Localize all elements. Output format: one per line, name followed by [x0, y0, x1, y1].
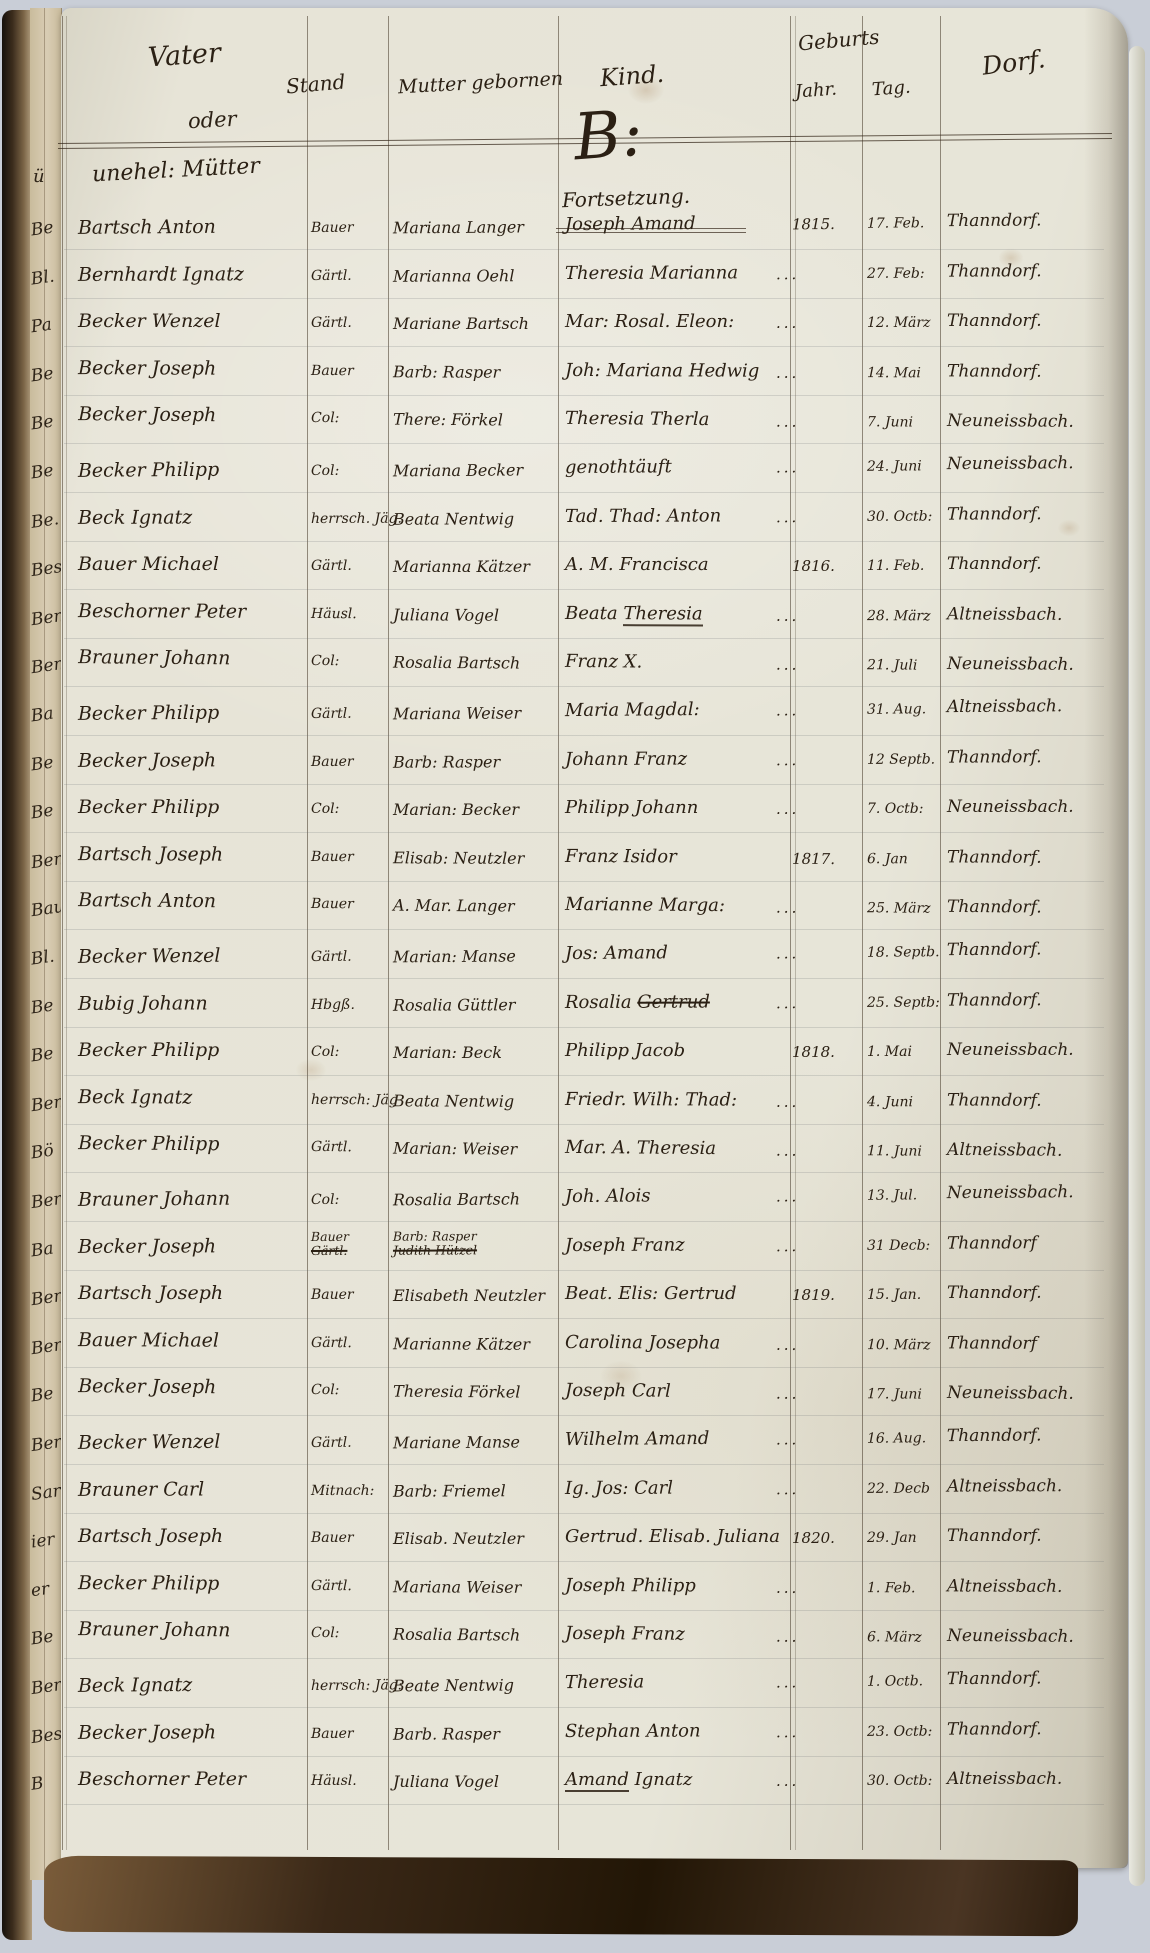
village: Altneissbach.	[947, 604, 1062, 624]
birth-day: 24. Juni	[867, 458, 922, 474]
mother-name: Mariana Weiser	[393, 703, 521, 723]
register-row: Bubig Johann Hbgß. Rosalia Güttler Rosal…	[0, 988, 1150, 1040]
birth-day: 7. Octb:	[867, 801, 923, 817]
mother-name: Rosalia Bartsch	[393, 1189, 520, 1209]
feint-row-rule	[64, 1318, 1104, 1319]
feint-row-rule	[64, 1610, 1104, 1611]
status: herrsch: Jäg:	[311, 1677, 403, 1694]
father-name: Brauner Carl	[78, 1478, 204, 1500]
child-name: Amand Ignatz	[565, 1769, 692, 1790]
status: Col:	[311, 1192, 339, 1208]
village: Thanndorf.	[947, 897, 1042, 918]
status: Col:	[311, 463, 339, 479]
child-name: Theresia Therla	[565, 408, 709, 430]
child-name: Mar: Rosal. Eleon:	[565, 311, 734, 332]
register-row: Becker Joseph Bauer Barb: Rasper Johann …	[0, 745, 1150, 797]
feint-row-rule	[64, 686, 1104, 687]
child-name: Ig. Jos: Carl	[565, 1477, 673, 1498]
father-name: Becker Philipp	[78, 459, 219, 482]
father-name: Brauner Johann	[78, 1188, 230, 1211]
birth-day: 15. Jan.	[867, 1287, 921, 1303]
birth-year: ...	[776, 1772, 799, 1790]
father-name: Becker Joseph	[78, 1376, 216, 1399]
birth-year: ...	[776, 1579, 799, 1597]
feint-row-rule	[64, 881, 1104, 882]
birth-day: 6. Jan	[867, 851, 908, 867]
register-row: Becker Philipp Col: Mariana Becker genot…	[0, 452, 1150, 509]
feint-row-rule	[64, 1464, 1104, 1465]
register-row: Becker Joseph Bauer Barb. Rasper Stephan…	[0, 1717, 1150, 1769]
register-row: Becker Philipp Col: Marian: Becker Phili…	[0, 796, 1150, 844]
father-name: Becker Joseph	[78, 749, 216, 772]
status: Col:	[311, 410, 339, 426]
village: Altneissbach.	[947, 1769, 1062, 1789]
register-row: Brauner Johann Col: Rosalia Bartsch Jose…	[0, 1618, 1150, 1675]
birth-day: 11. Feb.	[867, 558, 924, 574]
birth-year: ...	[776, 1480, 799, 1498]
birth-day: 7. Juni	[867, 415, 913, 431]
feint-row-rule	[64, 1172, 1104, 1173]
mother-name: Theresia Förkel	[393, 1382, 520, 1402]
register-row: Beck Ignatz herrsch. Jäg. Beata Nentwig …	[0, 502, 1150, 554]
birth-year: ...	[776, 701, 799, 719]
birth-day: 18. Septb.	[867, 944, 940, 961]
status: herrsch. Jäg.	[311, 510, 402, 526]
child-name: Beata Theresia	[565, 603, 703, 625]
village: Altneissbach.	[947, 696, 1062, 717]
mother-name: Barb. Rasper	[393, 1724, 500, 1743]
feint-row-rule	[64, 1756, 1104, 1757]
register-row: Brauner Johann Col: Rosalia Bartsch Joh.…	[0, 1181, 1150, 1238]
status: Bauer	[311, 1725, 354, 1741]
village: Neuneissbach.	[947, 797, 1074, 817]
mother-name: Marian: Beck	[393, 1043, 502, 1062]
birth-year: ...	[776, 899, 799, 917]
register-row: Bartsch Anton Bauer Mariana Langer Josep…	[0, 209, 1150, 266]
father-name: Becker Joseph	[78, 404, 216, 427]
village: Thanndorf.	[947, 311, 1042, 331]
child-name: Carolina Josepha	[565, 1332, 720, 1354]
father-name: Becker Philipp	[78, 702, 219, 725]
village: Thanndorf.	[947, 504, 1042, 524]
child-name: Franz Isidor	[565, 846, 677, 867]
feint-row-rule	[64, 395, 1104, 396]
father-name: Becker Wenzel	[78, 945, 221, 968]
birth-year: ...	[776, 1628, 799, 1646]
birth-day: 23. Octb:	[867, 1723, 932, 1739]
birth-day: 12 Septb.	[867, 751, 935, 767]
birth-year: ...	[776, 607, 799, 625]
birth-day: 22. Decb	[867, 1480, 930, 1496]
birth-year: 1817.	[792, 850, 835, 868]
birth-day: 30. Octb:	[867, 1773, 932, 1789]
status: Häusl.	[311, 1773, 357, 1789]
register-row: Becker Philipp Gärtl. Mariana Weiser Mar…	[0, 695, 1150, 752]
mother-name: A. Mar. Langer	[393, 896, 515, 916]
mother-name: Marianne Kätzer	[393, 1334, 530, 1354]
mother-name: Marian: Manse	[393, 946, 516, 966]
status: Häusl.	[311, 606, 357, 622]
village: Neuneissbach.	[947, 1182, 1074, 1203]
status: Gärtl.	[311, 949, 352, 965]
father-name: Bartsch Anton	[78, 890, 216, 913]
mother-name: Marian: Becker	[393, 800, 519, 819]
father-name: Becker Joseph	[78, 1235, 216, 1258]
village: Thanndorf.	[947, 990, 1042, 1010]
birth-year: ...	[776, 1336, 799, 1354]
mother-name: Beate Nentwig	[393, 1675, 514, 1695]
father-name: Becker Philipp	[78, 1572, 219, 1595]
child-name: Jos: Amand	[565, 942, 668, 964]
birth-day: 6. März	[867, 1630, 922, 1646]
father-name: Becker Joseph	[78, 357, 216, 380]
father-name: Becker Philipp	[78, 1133, 219, 1156]
register-rows: Bartsch Anton Bauer Mariana Langer Josep…	[0, 0, 1150, 1953]
register-row: Bartsch Joseph Bauer Elisab. Neutzler Ge…	[0, 1525, 1150, 1573]
mother-name: Barb: Friemel	[393, 1481, 506, 1500]
status: Col:	[311, 801, 339, 817]
birth-day: 17. Feb.	[867, 215, 924, 231]
village: Thanndorf.	[947, 261, 1042, 281]
birth-year: ...	[776, 994, 799, 1012]
feint-row-rule	[64, 443, 1104, 444]
birth-day: 12. März	[867, 315, 930, 331]
feint-row-rule	[64, 541, 1104, 542]
child-name: Maria Magdal:	[565, 699, 700, 721]
village: Thanndorf.	[947, 1719, 1042, 1739]
mother-name: Mariana Langer	[393, 217, 524, 237]
status: Col:	[311, 1044, 339, 1060]
status: BauerGärtl.	[311, 1229, 349, 1257]
birth-day: 31. Aug.	[867, 701, 926, 717]
register-page-scan: ü BeBl.PaBeBeBeBe.BesBenBenBaBeBeBenBauB…	[0, 0, 1150, 1953]
mother-name: Elisabeth Neutzler	[393, 1286, 545, 1305]
child-name: Johann Franz	[565, 748, 687, 769]
village: Thanndorf.	[947, 554, 1042, 574]
feint-row-rule	[64, 1415, 1104, 1416]
status: Gärtl.	[311, 706, 352, 722]
father-name: Becker Philipp	[78, 796, 219, 818]
village: Thanndorf	[947, 1233, 1037, 1253]
village: Thanndorf.	[947, 939, 1042, 960]
father-name: Beschorner Peter	[78, 1768, 246, 1790]
village: Neuneissbach.	[947, 411, 1074, 432]
birth-day: 28. März	[867, 608, 931, 624]
birth-day: 14. Mai	[867, 365, 921, 381]
birth-year: ...	[776, 413, 799, 431]
status: Gärtl.	[311, 267, 352, 283]
birth-year: ...	[776, 314, 799, 332]
birth-year: ...	[776, 1673, 799, 1691]
mother-name: Marianna Kätzer	[393, 557, 530, 576]
child-name: Mar. A. Theresia	[565, 1137, 716, 1159]
status: Gärtl.	[311, 1335, 352, 1351]
feint-row-rule	[64, 735, 1104, 736]
register-row: Becker Philipp Gärtl. Mariana Weiser Jos…	[0, 1572, 1150, 1624]
child-name: Wilhelm Amand	[565, 1428, 710, 1450]
feint-row-rule	[64, 1270, 1104, 1271]
child-name: Friedr. Wilh: Thad:	[565, 1089, 737, 1111]
child-name: Marianne Marga:	[565, 894, 725, 916]
register-row: Becker Joseph Col: Theresia Förkel Josep…	[0, 1375, 1150, 1432]
father-name: Bubig Johann	[78, 992, 208, 1014]
village: Altneissbach.	[947, 1476, 1062, 1496]
father-name: Beck Ignatz	[78, 1086, 192, 1108]
father-name: Bartsch Anton	[78, 216, 216, 239]
feint-row-rule	[64, 589, 1104, 590]
child-name: Joh. Alois	[565, 1185, 651, 1207]
feint-row-rule	[64, 249, 1104, 250]
feint-row-rule	[64, 1658, 1104, 1659]
status: Bauer	[311, 849, 354, 865]
mother-name: Mariane Manse	[393, 1432, 520, 1452]
birth-year: ...	[776, 265, 799, 283]
status: Bauer	[311, 363, 354, 379]
feint-row-rule	[64, 784, 1104, 785]
register-row: Becker Wenzel Gärtl. Marian: Manse Jos: …	[0, 938, 1150, 995]
child-name: Joseph Carl	[565, 1380, 671, 1402]
status: Col:	[311, 653, 339, 669]
father-name: Becker Philipp	[78, 1039, 219, 1061]
mother-name: Beata Nentwig	[393, 509, 514, 528]
village: Altneissbach.	[947, 1576, 1062, 1596]
birth-day: 4. Juni	[867, 1094, 913, 1110]
birth-day: 17. Juni	[867, 1387, 922, 1403]
mother-name: Beata Nentwig	[393, 1091, 514, 1110]
birth-year: ...	[776, 944, 799, 962]
village: Neuneissbach.	[947, 1383, 1074, 1404]
birth-year: ...	[776, 751, 799, 769]
father-name: Beck Ignatz	[78, 506, 192, 528]
village: Thanndorf.	[947, 1668, 1042, 1689]
status: Bauer	[311, 753, 354, 769]
birth-year: ...	[776, 364, 799, 382]
register-row: Bauer Michael Gärtl. Marianna Kätzer A. …	[0, 553, 1150, 601]
village: Thanndorf.	[947, 747, 1042, 767]
mother-name: Marianna Oehl	[393, 266, 515, 285]
register-row: Becker Joseph BauerGärtl. Barb: RasperJu…	[0, 1231, 1150, 1283]
birth-day: 13. Jul.	[867, 1187, 917, 1203]
feint-row-rule	[64, 1513, 1104, 1514]
village: Thanndorf.	[947, 1283, 1042, 1303]
status: Bauer	[311, 1530, 354, 1546]
birth-year: ...	[776, 1723, 799, 1741]
birth-day: 11. Juni	[867, 1144, 922, 1160]
birth-year: ...	[776, 1385, 799, 1403]
register-row: Beschorner Peter Häusl. Juliana Vogel Be…	[0, 600, 1150, 652]
village: Thanndorf.	[947, 847, 1042, 867]
birth-day: 21. Juli	[867, 658, 917, 674]
child-name: Joseph Franz	[565, 1234, 685, 1255]
father-name: Becker Wenzel	[78, 310, 221, 332]
register-row: Becker Wenzel Gärtl. Mariane Manse Wilhe…	[0, 1424, 1150, 1481]
village: Thanndorf.	[947, 210, 1042, 231]
register-row: Beck Ignatz herrsch: Jäg Beata Nentwig F…	[0, 1086, 1150, 1138]
child-name: Joseph Philipp	[565, 1575, 696, 1597]
status: Gärtl.	[311, 315, 352, 331]
village: Thanndorf.	[947, 1526, 1042, 1546]
birth-year: ...	[776, 1187, 799, 1205]
child-name: Joseph Franz	[565, 1623, 685, 1645]
register-row: Becker Wenzel Gärtl. Mariane Bartsch Mar…	[0, 310, 1150, 358]
child-name: A. M. Francisca	[565, 554, 709, 575]
register-row: Brauner Johann Col: Rosalia Bartsch Fran…	[0, 646, 1150, 703]
father-name: Bartsch Joseph	[78, 843, 223, 866]
village: Neuneissbach.	[947, 453, 1074, 474]
child-name: Franz X.	[565, 651, 642, 673]
status: herrsch: Jäg	[311, 1092, 398, 1108]
child-name: Tad. Thad: Anton	[565, 505, 721, 527]
feint-row-rule	[64, 1707, 1104, 1708]
village: Altneissbach.	[947, 1140, 1062, 1161]
village: Neuneissbach.	[947, 1040, 1074, 1060]
birth-day: 29. Jan	[867, 1530, 917, 1546]
birth-year: ...	[776, 1093, 799, 1111]
mother-name: Juliana Vogel	[393, 1772, 499, 1791]
register-row: Beschorner Peter Häusl. Juliana Vogel Am…	[0, 1768, 1150, 1816]
child-name: Rosalia Gertrud	[565, 991, 710, 1013]
village: Neuneissbach.	[947, 654, 1074, 675]
status: Hbgß.	[311, 996, 355, 1012]
birth-year: ...	[776, 1237, 799, 1255]
status: Gärtl.	[311, 1139, 352, 1155]
mother-name: Rosalia Güttler	[393, 995, 516, 1014]
birth-year: 1818.	[792, 1043, 835, 1061]
register-row: Bartsch Joseph Bauer Elisab: Neutzler Fr…	[0, 843, 1150, 895]
register-row: Becker Philipp Gärtl. Marian: Weiser Mar…	[0, 1132, 1150, 1189]
register-row: Becker Joseph Bauer Barb: Rasper Joh: Ma…	[0, 357, 1150, 409]
child-name: Philipp Jacob	[565, 1040, 685, 1061]
village: Neuneissbach.	[947, 1626, 1074, 1647]
village: Thanndorf.	[947, 1090, 1042, 1110]
child-name: Beat. Elis: Gertrud	[565, 1283, 737, 1304]
village: Thanndorf.	[947, 361, 1042, 381]
child-name: Philipp Johann	[565, 797, 698, 818]
father-name: Beck Ignatz	[78, 1674, 192, 1697]
status: Col:	[311, 1625, 339, 1641]
status: Bauer	[311, 896, 354, 912]
mother-name: Elisab: Neutzler	[393, 848, 524, 868]
father-name: Brauner Johann	[78, 1619, 230, 1642]
father-name: Bartsch Joseph	[78, 1282, 223, 1304]
father-name: Becker Wenzel	[78, 1431, 221, 1454]
feint-row-rule	[64, 929, 1104, 930]
feint-row-rule	[64, 832, 1104, 833]
mother-name: Mariana Weiser	[393, 1577, 521, 1596]
register-row: Bartsch Joseph Bauer Elisabeth Neutzler …	[0, 1282, 1150, 1330]
birth-day: 25. Septb:	[867, 994, 940, 1010]
birth-year: 1816.	[792, 557, 835, 575]
birth-day: 1. Mai	[867, 1044, 912, 1060]
child-name: Gertrud. Elisab. Juliana	[565, 1526, 780, 1547]
mother-name: Barb: Rasper	[393, 752, 500, 771]
register-row: Becker Joseph Col: There: Förkel Theresi…	[0, 403, 1150, 460]
feint-row-rule	[64, 492, 1104, 493]
feint-row-rule	[64, 1804, 1104, 1805]
status: Gärtl.	[311, 1578, 352, 1594]
mother-name: Barb: Rasper	[393, 362, 500, 381]
birth-day: 1. Octb.	[867, 1673, 923, 1689]
birth-year: ...	[776, 800, 799, 818]
birth-year: ...	[776, 458, 799, 476]
status: Gärtl.	[311, 1435, 352, 1451]
father-name: Bartsch Joseph	[78, 1525, 223, 1547]
father-name: Beschorner Peter	[78, 600, 246, 623]
register-row: Beck Ignatz herrsch: Jäg: Beate Nentwig …	[0, 1667, 1150, 1724]
mother-name: Juliana Vogel	[393, 605, 499, 624]
status: Gärtl.	[311, 558, 352, 574]
village: Thanndorf	[947, 1333, 1037, 1353]
father-name: Bauer Michael	[78, 1329, 219, 1352]
child-name: genothtäuft	[565, 456, 672, 478]
birth-year: 1815.	[792, 215, 835, 233]
feint-row-rule	[64, 978, 1104, 979]
father-name: Bernhardt Ignatz	[78, 263, 244, 286]
child-name: Theresia Marianna	[565, 262, 738, 284]
birth-year: ...	[776, 508, 799, 526]
mother-name: Elisab. Neutzler	[393, 1529, 524, 1548]
village: Thanndorf.	[947, 1425, 1042, 1446]
feint-row-rule	[64, 1561, 1104, 1562]
status: Col:	[311, 1382, 339, 1398]
child-name: Theresia	[565, 1671, 644, 1693]
child-name: Joseph Amand	[565, 213, 696, 235]
mother-name: Mariana Becker	[393, 460, 523, 480]
father-name: Becker Joseph	[78, 1721, 216, 1744]
feint-row-rule	[64, 1027, 1104, 1028]
register-row: Becker Philipp Col: Marian: Beck Philipp…	[0, 1039, 1150, 1087]
father-name: Bauer Michael	[78, 553, 219, 575]
feint-row-rule	[64, 638, 1104, 639]
feint-row-rule	[64, 1075, 1104, 1076]
birth-day: 16. Aug.	[867, 1430, 926, 1446]
status: Mitnach:	[311, 1482, 374, 1498]
birth-year: ...	[776, 1142, 799, 1160]
mother-name: Marian: Weiser	[393, 1139, 517, 1159]
mother-name: Mariane Bartsch	[393, 314, 529, 333]
child-name: Joh: Mariana Hedwig	[565, 360, 759, 382]
birth-day: 27. Feb:	[867, 265, 925, 281]
birth-day: 10. März	[867, 1337, 931, 1353]
register-row: Bartsch Anton Bauer A. Mar. Langer Maria…	[0, 889, 1150, 946]
birth-day: 31 Decb:	[867, 1237, 930, 1253]
birth-day: 1. Feb.	[867, 1580, 916, 1596]
mother-name: Barb: RasperJudith Hützel	[393, 1229, 477, 1257]
register-row: Bernhardt Ignatz Gärtl. Marianna Oehl Th…	[0, 259, 1150, 311]
mother-name: Rosalia Bartsch	[393, 1625, 520, 1645]
birth-year: 1820.	[792, 1529, 835, 1547]
mother-name: There: Förkel	[393, 410, 503, 430]
father-name: Brauner Johann	[78, 647, 230, 670]
birth-day: 30. Octb:	[867, 508, 932, 524]
birth-year: 1819.	[792, 1286, 835, 1304]
feint-row-rule	[64, 1124, 1104, 1125]
register-row: Brauner Carl Mitnach: Barb: Friemel Ig. …	[0, 1474, 1150, 1526]
child-name: Stephan Anton	[565, 1720, 701, 1742]
birth-year: ...	[776, 656, 799, 674]
birth-day: 25. März	[867, 901, 931, 917]
register-row: Bauer Michael Gärtl. Marianne Kätzer Car…	[0, 1329, 1150, 1381]
mother-name: Rosalia Bartsch	[393, 653, 520, 673]
feint-row-rule	[64, 1367, 1104, 1368]
status: Bauer	[311, 220, 354, 236]
feint-row-rule	[64, 346, 1104, 347]
birth-year: ...	[776, 1430, 799, 1448]
feint-row-rule	[64, 1221, 1104, 1222]
feint-row-rule	[64, 298, 1104, 299]
status: Bauer	[311, 1287, 354, 1303]
